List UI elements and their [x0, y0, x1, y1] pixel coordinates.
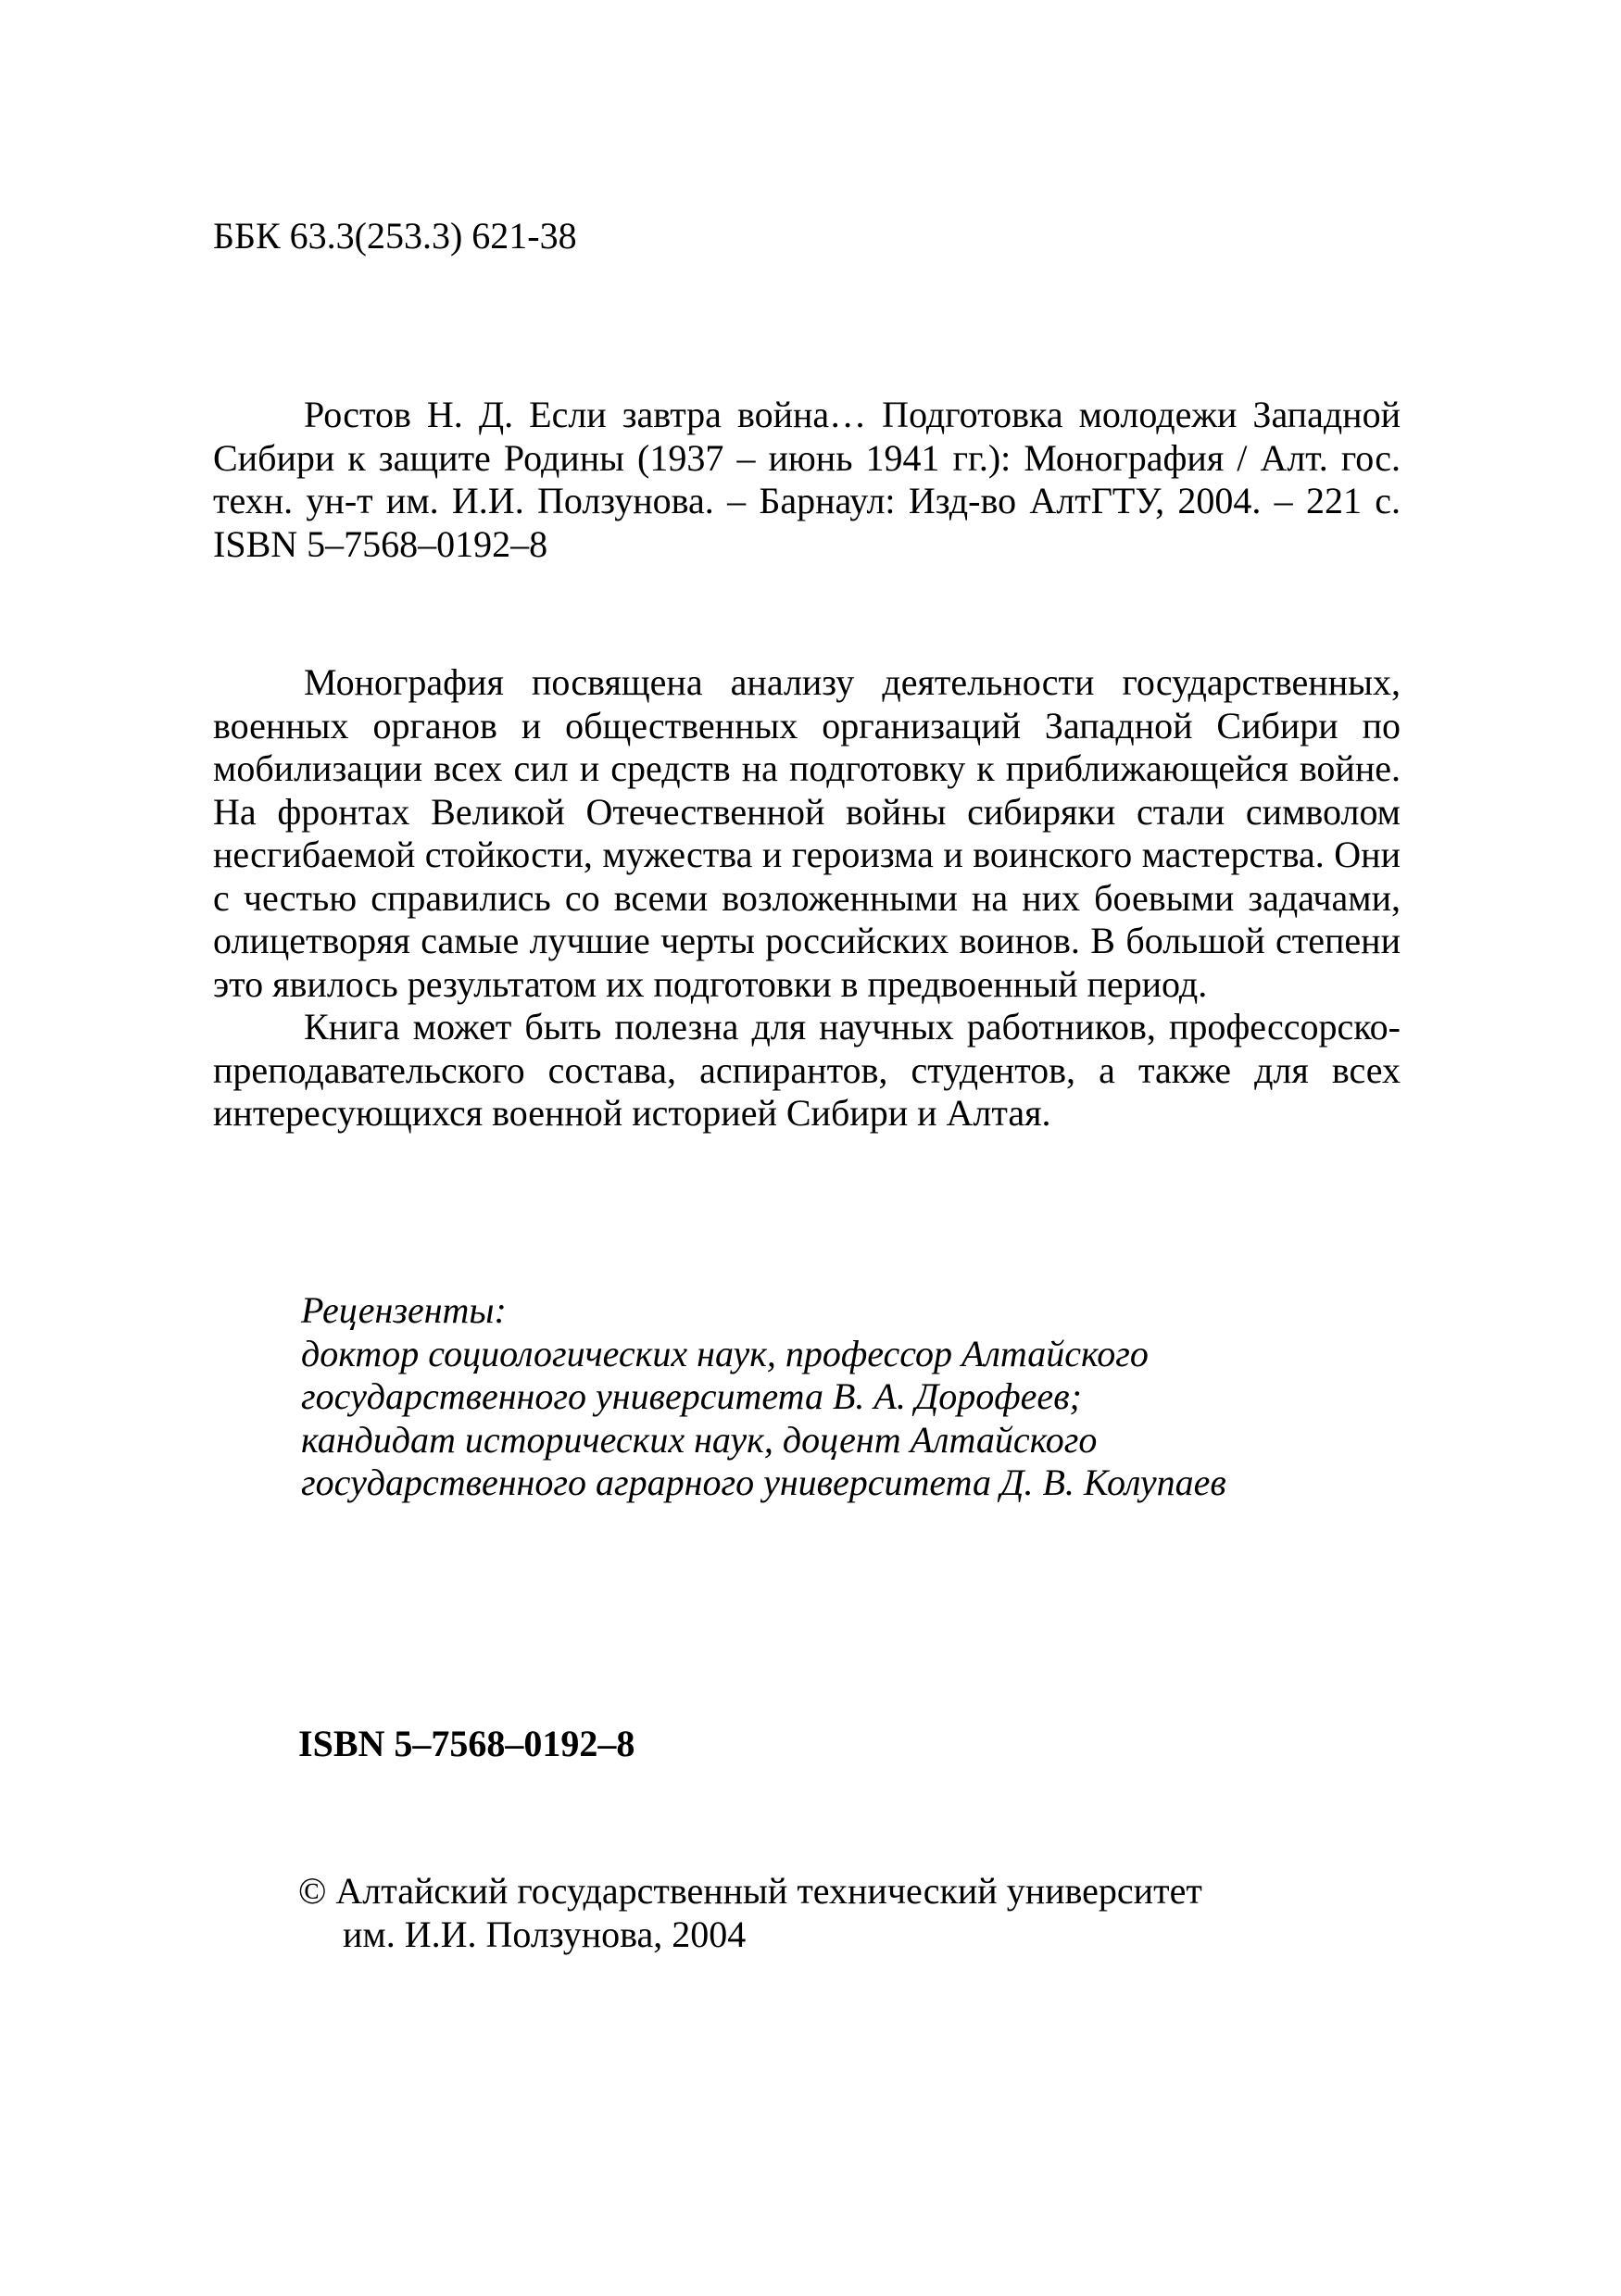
reviewer-line: государственного аграрного университета …: [301, 1462, 1320, 1505]
abstract: Монография посвящена анализу деятельност…: [213, 661, 1401, 1135]
reviewers-block: Рецензенты: доктор социологических наук,…: [301, 1289, 1320, 1505]
reviewer-line: доктор социологических наук, профессор А…: [301, 1333, 1320, 1376]
bibliographic-citation: Ростов Н. Д. Если завтра война… Подготов…: [213, 394, 1401, 566]
abstract-paragraph-2: Книга может быть полезна для научных раб…: [213, 1006, 1401, 1135]
isbn: ISBN 5–7568–0192–8: [298, 1723, 635, 1765]
copyright-notice: © Алтайский государственный технический …: [298, 1869, 1202, 1956]
document-page: ББК 63.3(253.3) 621-38 Ростов Н. Д. Если…: [0, 0, 1621, 2296]
copyright-line-1: © Алтайский государственный технический …: [298, 1869, 1202, 1913]
reviewer-line: государственного университета В. А. Доро…: [301, 1375, 1320, 1419]
copyright-line-2: им. И.И. Ползунова, 2004: [298, 1913, 1202, 1956]
bbk-classification: ББК 63.3(253.3) 621-38: [213, 215, 1401, 258]
reviewers-heading: Рецензенты:: [301, 1289, 1320, 1333]
abstract-paragraph-1: Монография посвящена анализу деятельност…: [213, 661, 1401, 1006]
reviewer-line: кандидат исторических наук, доцент Алтай…: [301, 1419, 1320, 1462]
